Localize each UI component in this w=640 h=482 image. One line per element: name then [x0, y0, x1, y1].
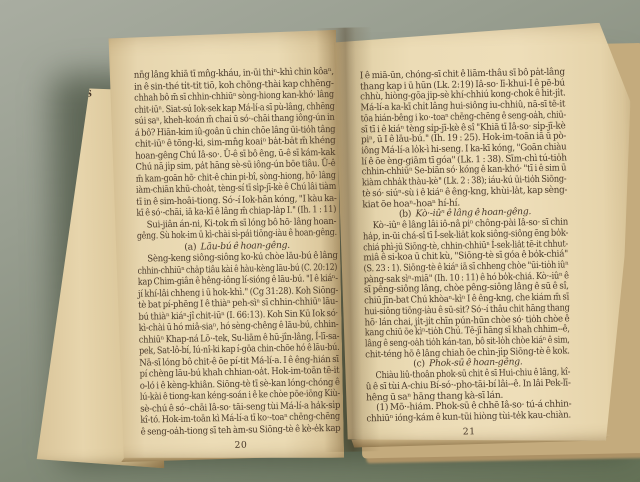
heading-marker: (b) — [399, 209, 416, 220]
right-page-text: I ê miā-ūn, chóng-sī chit ê liām-thâu sī… — [360, 67, 572, 439]
right-page: I ê miā-ūn, chóng-sī chit ê liām-thâu sī… — [334, 22, 637, 446]
right-page-lines: I ê miā-ūn, chóng-sī chit ê liām-thâu sī… — [360, 67, 572, 425]
heading-marker: (c) — [413, 359, 429, 370]
right-page-number: 21 — [367, 425, 572, 440]
heading-marker: (a) — [184, 241, 200, 252]
left-page-lines: nn̄g lâng khiā tī mn̂g-kháu, in-ūi thiⁿ-… — [134, 66, 341, 438]
text-line: chhiūⁿ ióng-kám ê kun-tūi hiòng tùi-te̍k… — [366, 410, 571, 425]
left-page-text: nn̄g lâng khiā tī mn̂g-kháu, in-ūi thiⁿ-… — [134, 66, 341, 453]
book-photo-scene: Kán S Ca.C.Lb.Ba.Sb.Is.Sa.Le.1 S.2 S.1 O… — [0, 0, 640, 482]
left-page-number: 20 — [141, 438, 341, 453]
open-book: Kán S Ca.C.Lb.Ba.Sb.Is.Sa.Le.1 S.2 S.1 O… — [0, 0, 640, 482]
text-line: ê seng-oa̍h-tiong sī teh àm-su Siōng-tè … — [141, 422, 341, 437]
left-page: nn̄g lâng khiā tī mn̂g-kháu, in-ūi thiⁿ-… — [99, 30, 344, 462]
